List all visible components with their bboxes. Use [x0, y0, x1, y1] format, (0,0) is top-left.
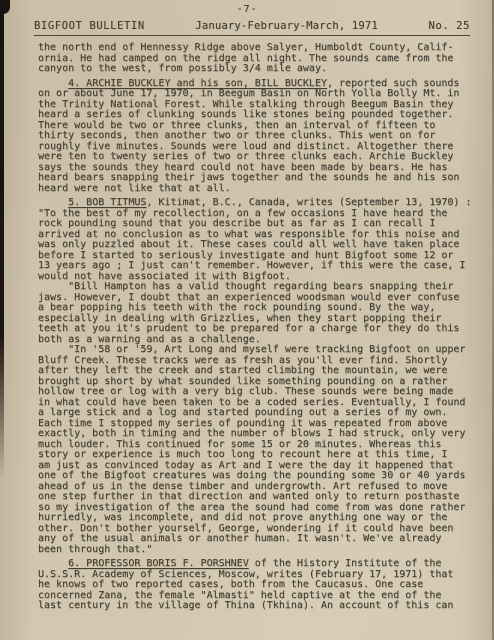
text-line: last century in the village of Thina (Tk…	[38, 601, 478, 612]
paragraph: 5. BOB TITMUS, Kitimat, B.C., Canada, wr…	[38, 198, 478, 555]
article-body: the north end of Hennessy Ridge above Sa…	[38, 43, 478, 616]
scanned-newsletter-page: -7- BIGFOOT BULLETIN January-February-Ma…	[0, 0, 494, 640]
text-segment: , reported such sounds	[327, 78, 459, 89]
text-segment: canyon to the west, from possibly 3/4 mi…	[38, 63, 327, 74]
bulletin-title: BIGFOOT BULLETIN	[34, 20, 145, 32]
text-segment: both as a warning and as a challenge.	[38, 334, 261, 345]
text-segment: the north end of Hennessy Ridge above Sa…	[38, 42, 453, 53]
text-segment: other. Don't bother yourself, George, wo…	[38, 523, 453, 534]
text-segment: arrived at no conclusion as to what was …	[38, 229, 459, 240]
text-segment: ornia. He had camped on the ridge all ni…	[38, 53, 453, 64]
text-segment: 13 years ago ; I just can't remember. Ho…	[38, 260, 465, 271]
text-segment: ahead of us in the dense timber and unde…	[38, 481, 447, 492]
masthead: BIGFOOT BULLETIN January-February-March,…	[34, 20, 470, 36]
text-segment: story or experience is much too long to …	[38, 449, 447, 460]
page-number: -7-	[0, 4, 494, 15]
text-segment: the Trinity National Forest. While stalk…	[38, 99, 453, 110]
underlined-heading: 5. BOB TITMUS	[68, 197, 146, 208]
text-line: been through that."	[38, 545, 478, 556]
text-segment: were ten to twenty series of two or thre…	[38, 151, 453, 162]
text-segment: hollow tree or log with a very big club.…	[38, 386, 453, 397]
text-segment: before I started to seriously investigat…	[38, 250, 453, 261]
text-segment: one step further in that direction and w…	[38, 491, 459, 502]
text-segment: he knows of two reported cases, both fro…	[38, 579, 423, 590]
text-segment: concerned Zana, the female "Almasti" hel…	[38, 590, 441, 601]
text-segment: , Kitimat, B.C., Canada, writes (Septemb…	[146, 197, 471, 208]
text-segment: any of the usual animals or another huma…	[38, 533, 441, 544]
text-segment: a bear popping his teeth with the rock p…	[38, 302, 435, 313]
text-segment: especially in dealing with Grizzlies, wh…	[38, 313, 441, 324]
text-segment: last century in the village of Thina (Tk…	[38, 600, 453, 611]
text-segment: thirty seconds, then another two or thre…	[38, 130, 435, 141]
text-segment: much louder. This continued for some 15 …	[38, 439, 441, 450]
text-segment: says the sounds they heard could not hav…	[38, 162, 447, 173]
text-segment: one of the Bigfoot creatures was doing t…	[38, 470, 465, 481]
text-segment: was only puzzled about it. These cases c…	[38, 239, 459, 250]
text-segment	[38, 558, 68, 569]
text-segment: heard bears snapping their jaws together…	[38, 172, 459, 183]
text-segment: rock pounding sound that you describe bu…	[38, 218, 435, 229]
issue-date: January-February-March, 1971	[195, 20, 378, 32]
text-segment: hurriedly, was incomplete, and did not p…	[38, 512, 447, 523]
text-segment: "In '58 or '59, Art Long and myself were…	[38, 344, 465, 355]
text-segment: been through that."	[38, 544, 152, 555]
paragraph: 4. ARCHIE BUCKLEY and his son, BILL BUCK…	[38, 79, 478, 195]
text-segment	[38, 197, 68, 208]
text-segment: "Bill Hampton has a valid thought regard…	[38, 281, 453, 292]
text-segment: brought up short by what sounded like so…	[38, 376, 447, 387]
issue-number: No. 25	[428, 20, 470, 32]
underlined-heading: 4. ARCHIE BUCKLEY and his son, BILL BUCK…	[68, 78, 327, 89]
text-segment: so my investigation of the area the soun…	[38, 502, 465, 513]
text-segment: teeth at you it's prudent to be prepared…	[38, 323, 459, 334]
underlined-heading: 6. PROFESSOR BORIS F. PORSHNEV	[68, 558, 249, 569]
scan-edge-left	[0, 0, 4, 480]
text-segment: roughly five minutes. Sounds were loud a…	[38, 141, 453, 152]
text-segment: am just as convinced today as Art and I …	[38, 460, 453, 471]
text-segment: of the History Institute of the	[249, 558, 442, 569]
text-segment: on or about June 17, 1970, in Beegum Bas…	[38, 88, 459, 99]
text-segment: U.S.S.R. Academy of Sciences, Moscow, wr…	[38, 569, 453, 580]
text-line: heard were not like that at all.	[38, 184, 478, 195]
text-segment: a large stick and a log and started poun…	[38, 407, 447, 418]
text-segment: exactly, both in timing and the number o…	[38, 428, 465, 439]
text-segment: Each time I stopped my series of poundin…	[38, 418, 447, 429]
text-segment: in what could have been taken to be a co…	[38, 397, 465, 408]
text-segment: heard were not like that at all.	[38, 183, 231, 194]
text-segment	[38, 78, 68, 89]
text-segment: would not have associated it with Bigfoo…	[38, 271, 291, 282]
text-segment: "To the best of my recollection, on a fe…	[38, 208, 447, 219]
paragraph: 6. PROFESSOR BORIS F. PORSHNEV of the Hi…	[38, 559, 478, 612]
text-segment: Bluff Creek. These tracks were as fresh …	[38, 355, 447, 366]
text-segment: jaws. However, I doubt that an experienc…	[38, 292, 459, 303]
paragraph: the north end of Hennessy Ridge above Sa…	[38, 43, 478, 75]
text-line: canyon to the west, from possibly 3/4 mi…	[38, 64, 478, 75]
text-segment: heard a series of clunking sounds like s…	[38, 109, 453, 120]
text-segment: after they left the creek and started cl…	[38, 365, 447, 376]
text-segment: There would be two or three clunks, then…	[38, 120, 435, 131]
